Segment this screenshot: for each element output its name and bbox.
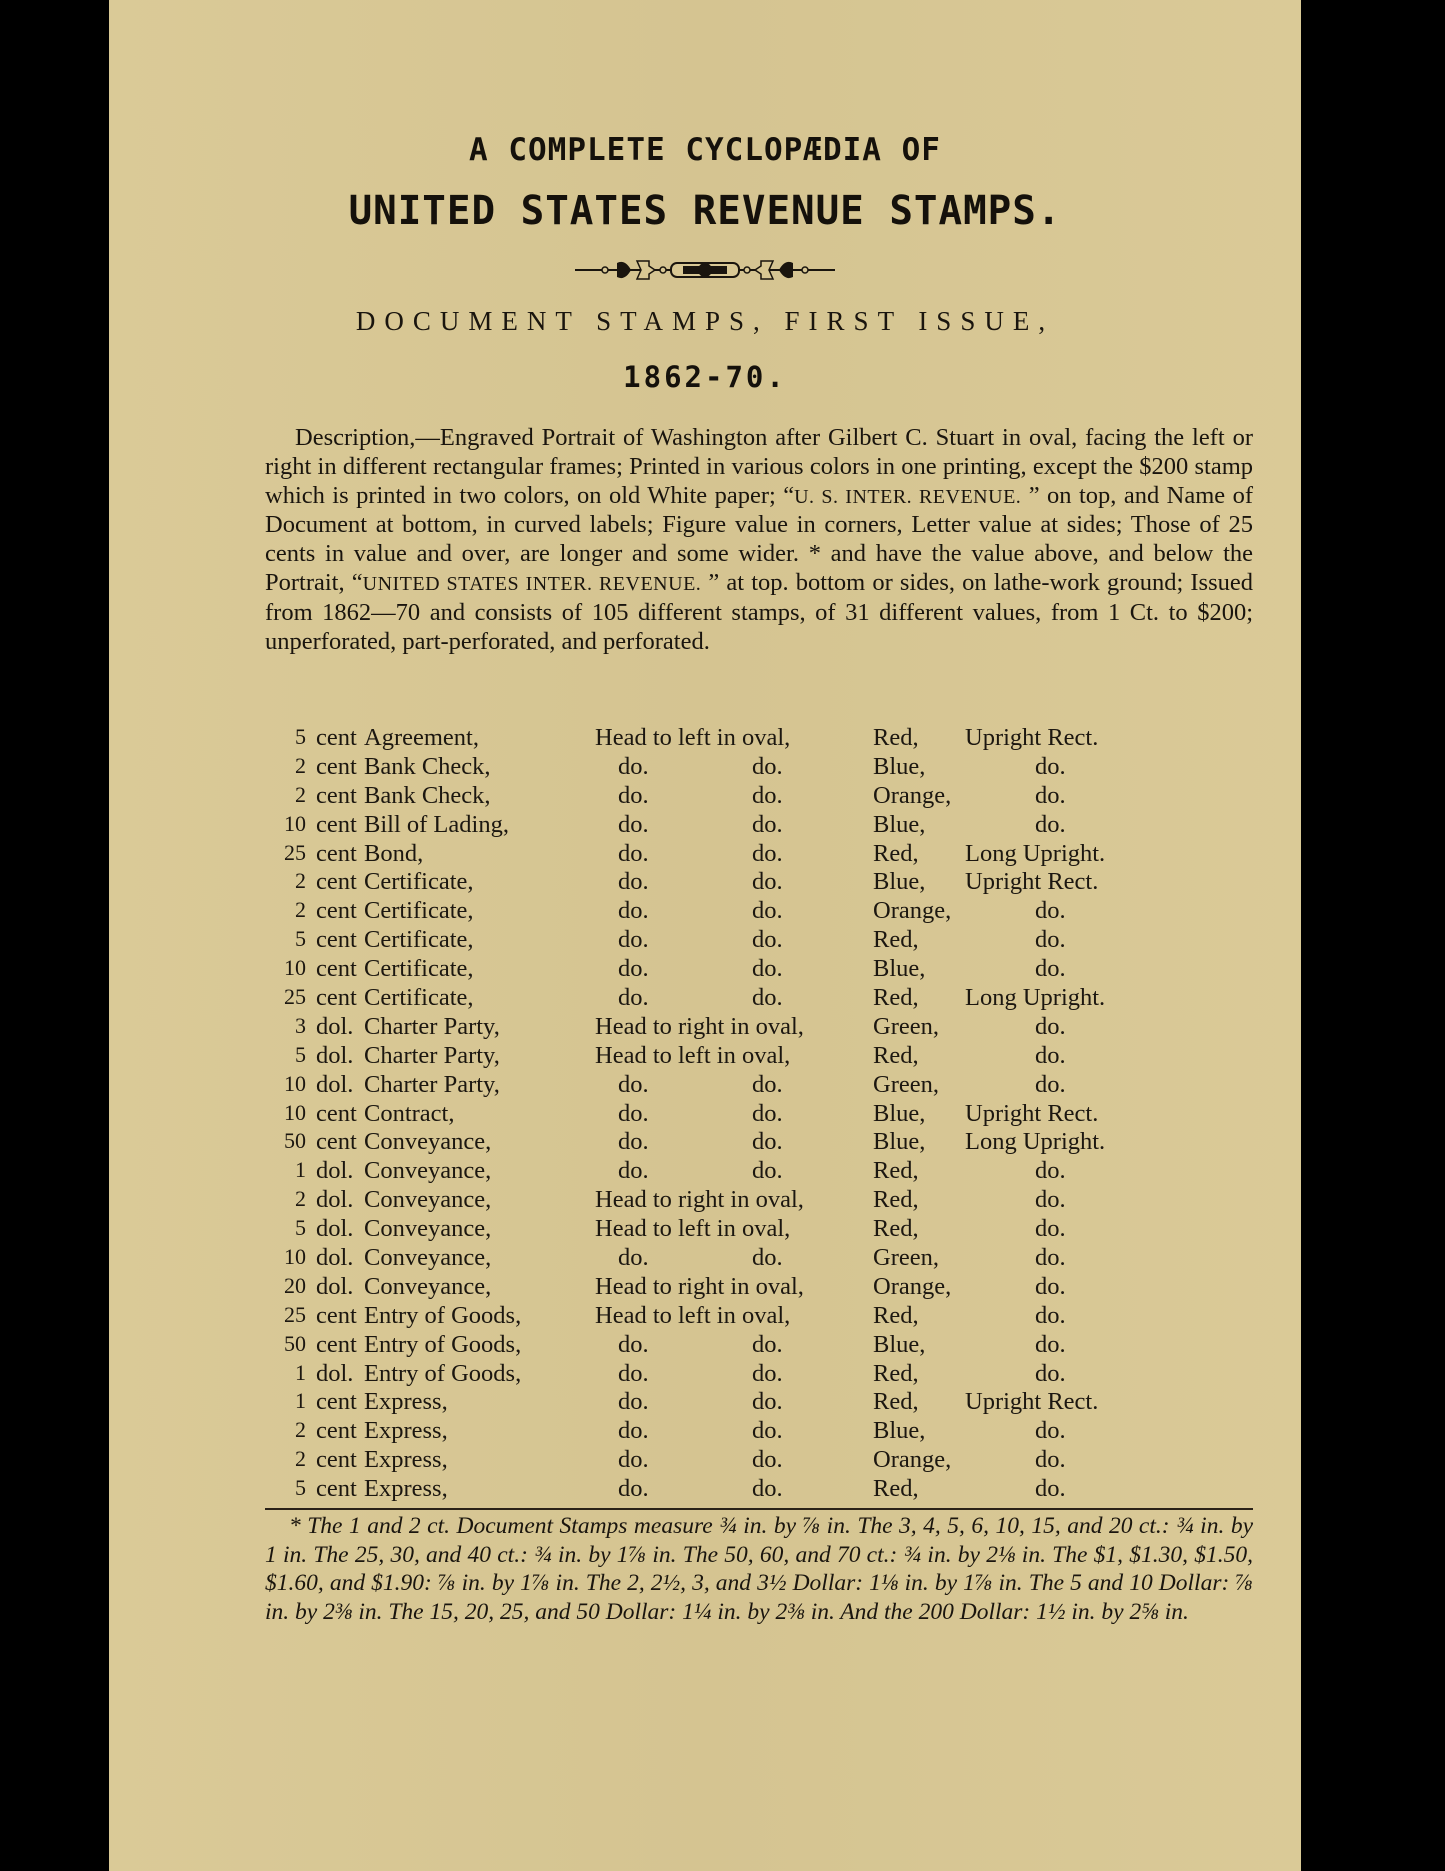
- ditto-mark: do.: [618, 1417, 649, 1445]
- stamp-color: Blue,: [873, 753, 925, 781]
- title-line-2: UNITED STATES REVENUE STAMPS.: [121, 188, 1289, 234]
- ditto-mark: do.: [752, 868, 783, 896]
- portrait-orientation: Head to left in oval,: [595, 1215, 790, 1243]
- document-name: Agreement,: [364, 724, 479, 752]
- ditto-mark: do.: [752, 897, 783, 925]
- table-row: 5dol.Charter Party,Head to left in oval,…: [265, 1042, 1255, 1071]
- stamp-value: 3: [265, 1013, 306, 1039]
- stamp-shape: do.: [1035, 926, 1066, 954]
- portrait-orientation: Head to left in oval,: [595, 1302, 790, 1330]
- stamp-color: Red,: [873, 1186, 919, 1214]
- stamp-unit: dol.: [316, 1157, 353, 1185]
- document-name: Entry of Goods,: [364, 1331, 521, 1359]
- stamp-unit: dol.: [316, 1186, 353, 1214]
- stamp-shape: do.: [1035, 1417, 1066, 1445]
- ditto-mark: do.: [752, 955, 783, 983]
- stamp-value: 2: [265, 868, 306, 894]
- stamp-unit: cent: [316, 955, 357, 983]
- document-name: Charter Party,: [364, 1071, 500, 1099]
- stamp-unit: cent: [316, 1128, 357, 1156]
- table-row: 20dol.Conveyance,Head to right in oval,O…: [265, 1273, 1255, 1302]
- ditto-mark: do.: [618, 753, 649, 781]
- ditto-mark: do.: [752, 1100, 783, 1128]
- stamp-shape: do.: [1035, 1013, 1066, 1041]
- stamp-unit: dol.: [316, 1215, 353, 1243]
- stamp-value: 5: [265, 724, 306, 750]
- stamp-unit: cent: [316, 1331, 357, 1359]
- stamp-color: Red,: [873, 1157, 919, 1185]
- document-name: Certificate,: [364, 926, 474, 954]
- document-name: Express,: [364, 1446, 448, 1474]
- stamp-unit: dol.: [316, 1071, 353, 1099]
- ditto-mark: do.: [618, 1475, 649, 1503]
- stamp-color: Red,: [873, 1302, 919, 1330]
- document-name: Express,: [364, 1417, 448, 1445]
- ditto-mark: do.: [618, 1100, 649, 1128]
- ditto-mark: do.: [618, 1388, 649, 1416]
- stamp-color: Green,: [873, 1013, 939, 1041]
- stamp-value: 5: [265, 1215, 306, 1241]
- ditto-mark: do.: [752, 1071, 783, 1099]
- document-name: Bank Check,: [364, 753, 491, 781]
- stamp-shape: do.: [1035, 1186, 1066, 1214]
- document-name: Express,: [364, 1475, 448, 1503]
- stamp-unit: cent: [316, 1446, 357, 1474]
- ditto-mark: do.: [752, 1360, 783, 1388]
- section-year: 1862-70.: [109, 360, 1301, 394]
- stamp-table: 5centAgreement,Head to left in oval,Red,…: [265, 724, 1255, 1504]
- stamp-value: 2: [265, 897, 306, 923]
- document-name: Certificate,: [364, 868, 474, 896]
- table-row: 5centAgreement,Head to left in oval,Red,…: [265, 724, 1255, 753]
- table-row: 2dol.Conveyance,Head to right in oval,Re…: [265, 1186, 1255, 1215]
- description-smallcaps-1: U. S. INTER. REVENUE.: [794, 486, 1021, 508]
- table-row: 5dol.Conveyance,Head to left in oval,Red…: [265, 1215, 1255, 1244]
- table-row: 2centExpress,do.do.Orange,do.: [265, 1446, 1255, 1475]
- document-name: Charter Party,: [364, 1013, 500, 1041]
- stamp-shape: do.: [1035, 955, 1066, 983]
- table-row: 1centExpress,do.do.Red,Upright Rect.: [265, 1388, 1255, 1417]
- stamp-color: Red,: [873, 1215, 919, 1243]
- stamp-shape: do.: [1035, 1475, 1066, 1503]
- stamp-shape: do.: [1035, 753, 1066, 781]
- stamp-unit: dol.: [316, 1244, 353, 1272]
- document-name: Charter Party,: [364, 1042, 500, 1070]
- table-row: 1dol.Entry of Goods,do.do.Red,do.: [265, 1360, 1255, 1389]
- ditto-mark: do.: [752, 753, 783, 781]
- description-paragraph: Description,—Engraved Portrait of Washin…: [265, 424, 1253, 656]
- table-row: 10centContract,do.do.Blue,Upright Rect.: [265, 1100, 1255, 1129]
- stamp-color: Red,: [873, 1360, 919, 1388]
- stamp-shape: Long Upright.: [965, 984, 1105, 1012]
- stamp-unit: dol.: [316, 1360, 353, 1388]
- table-row: 1dol.Conveyance,do.do.Red,do.: [265, 1157, 1255, 1186]
- ditto-mark: do.: [752, 1388, 783, 1416]
- ditto-mark: do.: [618, 897, 649, 925]
- stamp-shape: do.: [1035, 1446, 1066, 1474]
- document-name: Conveyance,: [364, 1157, 491, 1185]
- description-smallcaps-2: UNITED STATES INTER. REVENUE.: [363, 573, 702, 595]
- portrait-orientation: Head to right in oval,: [595, 1013, 804, 1041]
- stamp-value: 25: [265, 840, 306, 866]
- stamp-value: 50: [265, 1331, 306, 1357]
- ditto-mark: do.: [618, 1128, 649, 1156]
- stamp-unit: cent: [316, 724, 357, 752]
- stamp-value: 20: [265, 1273, 306, 1299]
- stamp-color: Orange,: [873, 782, 951, 810]
- table-row: 10dol.Charter Party,do.do.Green,do.: [265, 1071, 1255, 1100]
- stamp-shape: Upright Rect.: [965, 724, 1098, 752]
- stamp-unit: cent: [316, 753, 357, 781]
- table-row: 10centBill of Lading,do.do.Blue,do.: [265, 811, 1255, 840]
- stamp-shape: Long Upright.: [965, 1128, 1105, 1156]
- stamp-shape: do.: [1035, 1071, 1066, 1099]
- stamp-unit: cent: [316, 868, 357, 896]
- stamp-value: 2: [265, 1186, 306, 1212]
- ditto-mark: do.: [752, 840, 783, 868]
- ditto-mark: do.: [752, 1417, 783, 1445]
- stamp-shape: Long Upright.: [965, 840, 1105, 868]
- stamp-color: Blue,: [873, 1100, 925, 1128]
- stamp-shape: Upright Rect.: [965, 1100, 1098, 1128]
- ditto-mark: do.: [752, 782, 783, 810]
- book-page: A COMPLETE CYCLOPÆDIA OF UNITED STATES R…: [109, 0, 1301, 1871]
- stamp-value: 10: [265, 1244, 306, 1270]
- table-row: 25centCertificate,do.do.Red,Long Upright…: [265, 984, 1255, 1013]
- footnote: * The 1 and 2 ct. Document Stamps measur…: [265, 1512, 1253, 1626]
- stamp-value: 25: [265, 984, 306, 1010]
- stamp-value: 2: [265, 1446, 306, 1472]
- ditto-mark: do.: [752, 1157, 783, 1185]
- table-row: 2centCertificate,do.do.Blue,Upright Rect…: [265, 868, 1255, 897]
- portrait-orientation: Head to left in oval,: [595, 1042, 790, 1070]
- ditto-mark: do.: [618, 868, 649, 896]
- stamp-unit: cent: [316, 840, 357, 868]
- stamp-color: Red,: [873, 926, 919, 954]
- stamp-unit: dol.: [316, 1273, 353, 1301]
- stamp-shape: do.: [1035, 1215, 1066, 1243]
- document-name: Bill of Lading,: [364, 811, 509, 839]
- table-row: 5centCertificate,do.do.Red,do.: [265, 926, 1255, 955]
- document-name: Entry of Goods,: [364, 1360, 521, 1388]
- stamp-color: Blue,: [873, 1128, 925, 1156]
- table-row: 2centCertificate,do.do.Orange,do.: [265, 897, 1255, 926]
- ditto-mark: do.: [752, 1331, 783, 1359]
- stamp-value: 1: [265, 1360, 306, 1386]
- stamp-color: Orange,: [873, 1446, 951, 1474]
- ditto-mark: do.: [618, 1071, 649, 1099]
- document-name: Express,: [364, 1388, 448, 1416]
- ditto-mark: do.: [752, 984, 783, 1012]
- stamp-unit: dol.: [316, 1042, 353, 1070]
- stamp-shape: do.: [1035, 897, 1066, 925]
- document-name: Conveyance,: [364, 1215, 491, 1243]
- section-subtitle: DOCUMENT STAMPS, FIRST ISSUE,: [109, 306, 1301, 337]
- stamp-color: Orange,: [873, 897, 951, 925]
- document-name: Conveyance,: [364, 1244, 491, 1272]
- document-name: Certificate,: [364, 897, 474, 925]
- table-row: 2centBank Check,do.do.Blue,do.: [265, 753, 1255, 782]
- table-row: 50centConveyance,do.do.Blue,Long Upright…: [265, 1128, 1255, 1157]
- document-name: Conveyance,: [364, 1128, 491, 1156]
- ditto-mark: do.: [618, 1244, 649, 1272]
- document-name: Certificate,: [364, 984, 474, 1012]
- table-row: 2centBank Check,do.do.Orange,do.: [265, 782, 1255, 811]
- stamp-unit: cent: [316, 1417, 357, 1445]
- table-row: 10centCertificate,do.do.Blue,do.: [265, 955, 1255, 984]
- stamp-color: Blue,: [873, 1417, 925, 1445]
- document-name: Bond,: [364, 840, 423, 868]
- stamp-color: Green,: [873, 1071, 939, 1099]
- stamp-shape: Upright Rect.: [965, 1388, 1098, 1416]
- stamp-shape: do.: [1035, 782, 1066, 810]
- table-row: 3dol.Charter Party,Head to right in oval…: [265, 1013, 1255, 1042]
- stamp-color: Blue,: [873, 955, 925, 983]
- stamp-shape: do.: [1035, 1157, 1066, 1185]
- ditto-mark: do.: [618, 811, 649, 839]
- stamp-color: Red,: [873, 1042, 919, 1070]
- stamp-value: 25: [265, 1302, 306, 1328]
- stamp-unit: cent: [316, 1302, 357, 1330]
- stamp-color: Red,: [873, 1388, 919, 1416]
- ornament-divider-icon: [575, 255, 835, 285]
- ditto-mark: do.: [752, 1475, 783, 1503]
- stamp-color: Blue,: [873, 1331, 925, 1359]
- table-row: 2centExpress,do.do.Blue,do.: [265, 1417, 1255, 1446]
- stamp-color: Orange,: [873, 1273, 951, 1301]
- stamp-shape: Upright Rect.: [965, 868, 1098, 896]
- stamp-value: 2: [265, 753, 306, 779]
- stamp-color: Blue,: [873, 811, 925, 839]
- stamp-unit: cent: [316, 1475, 357, 1503]
- stamp-value: 10: [265, 1100, 306, 1126]
- ditto-mark: do.: [618, 955, 649, 983]
- stamp-value: 1: [265, 1157, 306, 1183]
- ditto-mark: do.: [752, 1244, 783, 1272]
- stamp-value: 2: [265, 782, 306, 808]
- stamp-value: 10: [265, 955, 306, 981]
- table-row: 5centExpress,do.do.Red,do.: [265, 1475, 1255, 1504]
- stamp-shape: do.: [1035, 1331, 1066, 1359]
- stamp-unit: cent: [316, 984, 357, 1012]
- stamp-value: 1: [265, 1388, 306, 1414]
- stamp-color: Red,: [873, 724, 919, 752]
- stamp-color: Red,: [873, 1475, 919, 1503]
- stamp-shape: do.: [1035, 811, 1066, 839]
- document-name: Conveyance,: [364, 1186, 491, 1214]
- stamp-shape: do.: [1035, 1302, 1066, 1330]
- ditto-mark: do.: [752, 1128, 783, 1156]
- table-row: 25centBond,do.do.Red,Long Upright.: [265, 840, 1255, 869]
- table-row: 25centEntry of Goods,Head to left in ova…: [265, 1302, 1255, 1331]
- stamp-color: Red,: [873, 840, 919, 868]
- stamp-unit: cent: [316, 1388, 357, 1416]
- ditto-mark: do.: [618, 1446, 649, 1474]
- footnote-text: * The 1 and 2 ct. Document Stamps measur…: [265, 1513, 1253, 1625]
- stamp-unit: cent: [316, 1100, 357, 1128]
- stamp-value: 2: [265, 1417, 306, 1443]
- stamp-value: 5: [265, 926, 306, 952]
- title-line-1: A COMPLETE CYCLOPÆDIA OF: [109, 132, 1301, 168]
- document-name: Contract,: [364, 1100, 455, 1128]
- stamp-unit: cent: [316, 926, 357, 954]
- document-name: Certificate,: [364, 955, 474, 983]
- portrait-orientation: Head to right in oval,: [595, 1186, 804, 1214]
- ditto-mark: do.: [752, 1446, 783, 1474]
- table-row: 50centEntry of Goods,do.do.Blue,do.: [265, 1331, 1255, 1360]
- stamp-shape: do.: [1035, 1360, 1066, 1388]
- stamp-unit: dol.: [316, 1013, 353, 1041]
- ditto-mark: do.: [618, 926, 649, 954]
- stamp-color: Green,: [873, 1244, 939, 1272]
- ditto-mark: do.: [752, 811, 783, 839]
- ditto-mark: do.: [618, 782, 649, 810]
- table-row: 10dol.Conveyance,do.do.Green,do.: [265, 1244, 1255, 1273]
- document-name: Entry of Goods,: [364, 1302, 521, 1330]
- portrait-orientation: Head to left in oval,: [595, 724, 790, 752]
- stamp-shape: do.: [1035, 1042, 1066, 1070]
- ditto-mark: do.: [618, 984, 649, 1012]
- ditto-mark: do.: [618, 840, 649, 868]
- ditto-mark: do.: [618, 1331, 649, 1359]
- stamp-value: 5: [265, 1475, 306, 1501]
- stamp-value: 50: [265, 1128, 306, 1154]
- stamp-unit: cent: [316, 782, 357, 810]
- footnote-divider: [265, 1508, 1253, 1510]
- document-name: Bank Check,: [364, 782, 491, 810]
- stamp-value: 5: [265, 1042, 306, 1068]
- ditto-mark: do.: [618, 1157, 649, 1185]
- document-name: Conveyance,: [364, 1273, 491, 1301]
- stamp-color: Red,: [873, 984, 919, 1012]
- ditto-mark: do.: [618, 1360, 649, 1388]
- stamp-shape: do.: [1035, 1273, 1066, 1301]
- ditto-mark: do.: [752, 926, 783, 954]
- stamp-color: Blue,: [873, 868, 925, 896]
- stamp-value: 10: [265, 811, 306, 837]
- stamp-unit: cent: [316, 897, 357, 925]
- portrait-orientation: Head to right in oval,: [595, 1273, 804, 1301]
- stamp-value: 10: [265, 1071, 306, 1097]
- stamp-shape: do.: [1035, 1244, 1066, 1272]
- stamp-unit: cent: [316, 811, 357, 839]
